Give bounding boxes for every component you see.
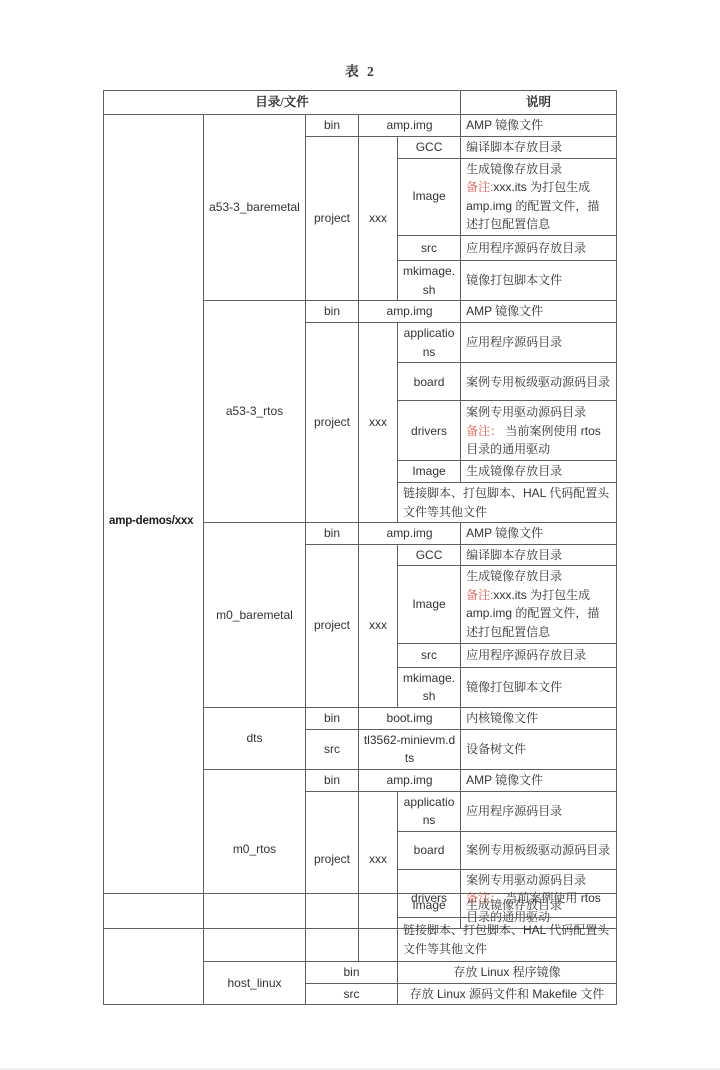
desc-main: 生成镜像存放目录 bbox=[466, 160, 611, 179]
cell-dir-project: project bbox=[306, 136, 359, 300]
cell-dir-bin: bin bbox=[306, 707, 359, 729]
cell-desc: AMP 镜像文件 bbox=[461, 770, 617, 792]
cell-dir-a53-3-rtos: a53-3_rtos bbox=[204, 301, 306, 523]
document-page: 表 2 目录/文件 说明 amp-demos/xxx a53-3_baremet… bbox=[0, 0, 720, 1070]
cell-desc-other-files: 链接脚本、打包脚本、HAL 代码配置头文件等其他文件 bbox=[398, 918, 617, 962]
cell-dir-board: board bbox=[398, 831, 461, 869]
desc-main: 生成镜像存放目录 bbox=[466, 567, 611, 586]
cell-dir-bin: bin bbox=[306, 523, 359, 545]
cell-desc: 应用程序源码存放目录 bbox=[461, 643, 617, 667]
desc-main: 案例专用驱动源码目录 bbox=[466, 871, 611, 890]
cell-dir-bin: bin bbox=[306, 301, 359, 323]
cell-desc: 案例专用板级驱动源码目录 bbox=[461, 363, 617, 401]
cell-desc: 镜像打包脚本文件 bbox=[461, 667, 617, 707]
desc-note: 备注： 当前案例使用 rtos 目录的通用驱动 bbox=[466, 422, 611, 459]
desc-note: 备注:xxx.its 为打包生成 amp.img 的配置文件，描述打包配置信息 bbox=[466, 586, 611, 642]
cell-dir-xxx: xxx bbox=[359, 323, 398, 523]
cell-dir-image: Image bbox=[398, 566, 461, 643]
cell-file-mkimage-sh: mkimage.sh bbox=[398, 260, 461, 300]
cell-dir-src: src bbox=[306, 983, 398, 1005]
cell-dir-bin: bin bbox=[306, 770, 359, 792]
cell-dir-image: Image bbox=[398, 158, 461, 235]
cell-empty-sub bbox=[306, 894, 359, 962]
directory-table-continued: Image 生成镜像存放目录 链接脚本、打包脚本、HAL 代码配置头文件等其他文… bbox=[103, 893, 617, 1005]
cell-desc: 镜像打包脚本文件 bbox=[461, 260, 617, 300]
cell-desc: AMP 镜像文件 bbox=[461, 301, 617, 323]
cell-desc: 编译脚本存放目录 bbox=[461, 544, 617, 566]
desc-main: 案例专用驱动源码目录 bbox=[466, 403, 611, 422]
cell-file-amp-img: amp.img bbox=[359, 115, 461, 137]
cell-dir-project: project bbox=[306, 323, 359, 523]
table-caption: 表 2 bbox=[103, 60, 616, 80]
cell-desc: 案例专用板级驱动源码目录 bbox=[461, 831, 617, 869]
cell-dir-bin: bin bbox=[306, 115, 359, 137]
cell-file-boot-img: boot.img bbox=[359, 707, 461, 729]
cell-desc: 应用程序源码目录 bbox=[461, 791, 617, 831]
cell-dir-src: src bbox=[306, 729, 359, 769]
cell-desc-other-files: 链接脚本、打包脚本、HAL 代码配置头文件等其他文件 bbox=[398, 482, 617, 522]
cell-dir-bin: bin bbox=[306, 962, 398, 984]
cell-dir-gcc: GCC bbox=[398, 544, 461, 566]
desc-note: 备注:xxx.its 为打包生成 amp.img 的配置文件，描述打包配置信息 bbox=[466, 178, 611, 234]
cell-dir-src: src bbox=[398, 235, 461, 260]
cell-file-amp-img: amp.img bbox=[359, 770, 461, 792]
cell-dir-xxx: xxx bbox=[359, 544, 398, 707]
cell-desc: 存放 Linux 源码文件和 Makefile 文件 bbox=[398, 983, 617, 1005]
cell-dir-dts: dts bbox=[204, 707, 306, 769]
cell-dir-image: Image bbox=[398, 894, 461, 918]
cell-file-dts: tl3562-minievm.dts bbox=[359, 729, 461, 769]
cell-dir-host-linux: host_linux bbox=[204, 962, 306, 1005]
cell-dir-drivers: drivers bbox=[398, 401, 461, 461]
note-label: 备注: bbox=[466, 180, 493, 194]
cell-file-amp-img: amp.img bbox=[359, 301, 461, 323]
cell-dir-applications: applications bbox=[398, 323, 461, 363]
cell-desc: 编译脚本存放目录 bbox=[461, 136, 617, 158]
cell-desc: AMP 镜像文件 bbox=[461, 523, 617, 545]
cell-desc: 内核镜像文件 bbox=[461, 707, 617, 729]
cell-dir-gcc: GCC bbox=[398, 136, 461, 158]
cell-dir-m0-baremetal: m0_baremetal bbox=[204, 523, 306, 708]
cell-root-dir: amp-demos/xxx bbox=[104, 115, 204, 928]
cell-empty-xxx bbox=[359, 894, 398, 962]
cell-dir-applications: applications bbox=[398, 791, 461, 831]
cell-file-mkimage-sh: mkimage.sh bbox=[398, 667, 461, 707]
cell-desc: 设备树文件 bbox=[461, 729, 617, 769]
note-label: 备注： bbox=[466, 424, 502, 438]
cell-empty-dir bbox=[204, 894, 306, 962]
cell-desc: 应用程序源码存放目录 bbox=[461, 235, 617, 260]
cell-desc: AMP 镜像文件 bbox=[461, 115, 617, 137]
cell-desc-with-note: 生成镜像存放目录 备注:xxx.its 为打包生成 amp.img 的配置文件，… bbox=[461, 158, 617, 235]
cell-desc-with-note: 案例专用驱动源码目录 备注： 当前案例使用 rtos 目录的通用驱动 bbox=[461, 401, 617, 461]
cell-desc: 生成镜像存放目录 bbox=[461, 894, 617, 918]
column-header-description: 说明 bbox=[461, 91, 617, 115]
cell-dir-xxx: xxx bbox=[359, 136, 398, 300]
cell-dir-src: src bbox=[398, 643, 461, 667]
cell-file-amp-img: amp.img bbox=[359, 523, 461, 545]
cell-dir-a53-3-baremetal: a53-3_baremetal bbox=[204, 115, 306, 301]
cell-desc-with-note: 生成镜像存放目录 备注:xxx.its 为打包生成 amp.img 的配置文件，… bbox=[461, 566, 617, 643]
cell-desc: 应用程序源码目录 bbox=[461, 323, 617, 363]
cell-dir-project: project bbox=[306, 544, 359, 707]
cell-desc: 存放 Linux 程序镜像 bbox=[398, 962, 617, 984]
cell-dir-image: Image bbox=[398, 461, 461, 483]
cell-desc: 生成镜像存放目录 bbox=[461, 461, 617, 483]
directory-table-main: 目录/文件 说明 amp-demos/xxx a53-3_baremetal b… bbox=[103, 90, 617, 929]
column-header-directory: 目录/文件 bbox=[104, 91, 461, 115]
note-label: 备注: bbox=[466, 588, 493, 602]
cell-empty-root bbox=[104, 894, 204, 1005]
cell-dir-board: board bbox=[398, 363, 461, 401]
